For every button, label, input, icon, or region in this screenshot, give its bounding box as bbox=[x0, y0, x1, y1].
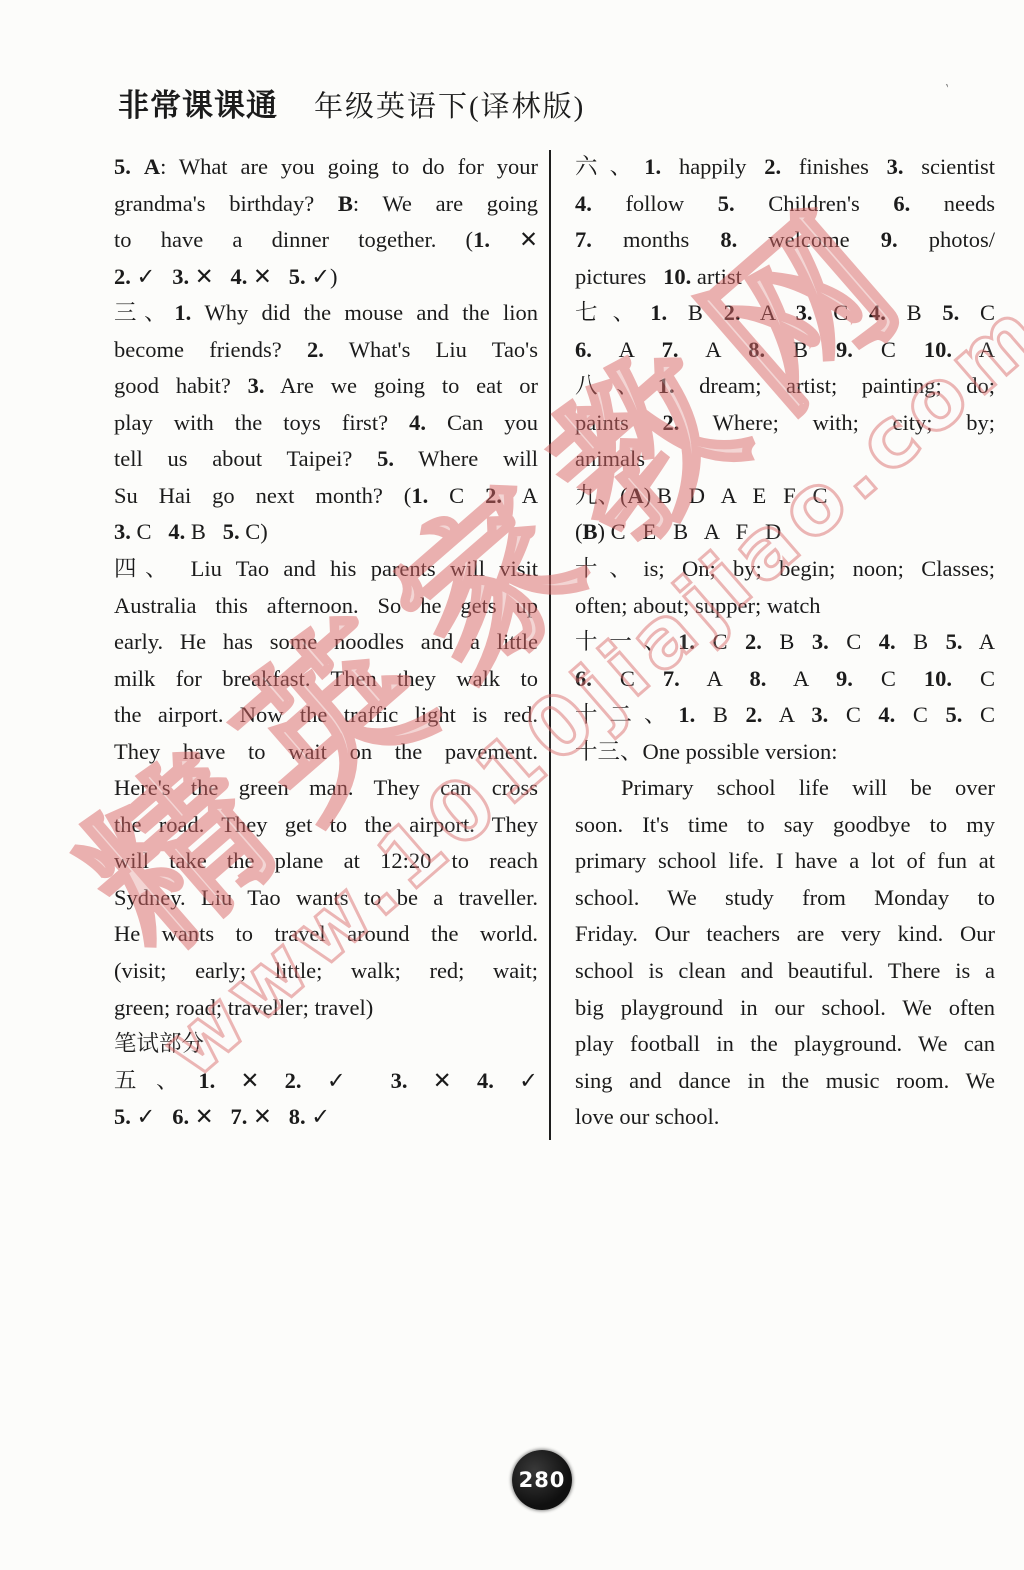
text-line: He wants to travel around the world. bbox=[114, 916, 538, 953]
text-line: 八、1. dream; artist; painting; do; bbox=[575, 368, 995, 405]
text-line: 2. ✓ 3. ✕ 4. ✕ 5. ✓) bbox=[114, 259, 538, 296]
text-line: 5. A: What are you going to do for your bbox=[114, 149, 538, 186]
text-line: animals bbox=[575, 441, 995, 478]
text-line: often; about; supper; watch bbox=[575, 588, 995, 625]
book-title: 年级英语下(译林版) bbox=[314, 84, 585, 125]
series-title: 非常课课通 bbox=[118, 80, 278, 125]
text-line: love our school. bbox=[575, 1099, 995, 1136]
scanned-book-page: 非常课课通 年级英语下(译林版) ` 5. A: What are you go… bbox=[0, 0, 1024, 1570]
text-line: 7. months 8. welcome 9. photos/ bbox=[575, 222, 995, 259]
text-line: 笔试部分 bbox=[114, 1026, 538, 1063]
text-line: 九、(A) B D A E F C bbox=[575, 478, 995, 515]
text-line: play with the toys first? 4. Can you bbox=[114, 405, 538, 442]
text-line: sing and dance in the music room. We bbox=[575, 1063, 995, 1100]
text-line: school. We study from Monday to bbox=[575, 880, 995, 917]
text-line: 三、1. Why did the mouse and the lion bbox=[114, 295, 538, 332]
page-number-badge: 280 bbox=[512, 1450, 572, 1510]
page-header: 非常课课通 年级英语下(译林版) bbox=[118, 80, 585, 125]
text-line: 4. follow 5. Children's 6. needs bbox=[575, 186, 995, 223]
text-line: Friday. Our teachers are very kind. Our bbox=[575, 916, 995, 953]
text-line: milk for breakfast. Then they walk to bbox=[114, 661, 538, 698]
text-line: 七、1. B 2. A 3. C 4. B 5. C bbox=[575, 295, 995, 332]
text-line: to have a dinner together. (1. ✕ bbox=[114, 222, 538, 259]
answer-column-left: 5. A: What are you going to do for yourg… bbox=[114, 149, 538, 1136]
text-line: primary school life. I have a lot of fun… bbox=[575, 843, 995, 880]
text-line: 6. C 7. A 8. A 9. C 10. C bbox=[575, 661, 995, 698]
text-line: school is clean and beautiful. There is … bbox=[575, 953, 995, 990]
text-line: the airport. Now the traffic light is re… bbox=[114, 697, 538, 734]
text-line: green; road; traveller; travel) bbox=[114, 990, 538, 1027]
text-line: Primary school life will be over bbox=[575, 770, 995, 807]
text-line: (visit; early; little; walk; red; wait; bbox=[114, 953, 538, 990]
text-line: 十、is; On; by; begin; noon; Classes; bbox=[575, 551, 995, 588]
text-line: become friends? 2. What's Liu Tao's bbox=[114, 332, 538, 369]
text-line: paints 2. Where; with; city; by; bbox=[575, 405, 995, 442]
text-line: 5. ✓ 6. ✕ 7. ✕ 8. ✓ bbox=[114, 1099, 538, 1136]
text-line: Here's the green man. They can cross bbox=[114, 770, 538, 807]
text-line: early. He has some noodles and a little bbox=[114, 624, 538, 661]
text-line: good habit? 3. Are we going to eat or bbox=[114, 368, 538, 405]
text-line: pictures 10. artist bbox=[575, 259, 995, 296]
text-line: tell us about Taipei? 5. Where will bbox=[114, 441, 538, 478]
text-line: will take the plane at 12:20 to reach bbox=[114, 843, 538, 880]
text-line: the road. They get to the airport. They bbox=[114, 807, 538, 844]
text-line: grandma's birthday? B: We are going bbox=[114, 186, 538, 223]
text-line: 3. C 4. B 5. C) bbox=[114, 514, 538, 551]
text-line: 十三、One possible version: bbox=[575, 734, 995, 771]
text-line: They have to wait on the pavement. bbox=[114, 734, 538, 771]
text-line: Su Hai go next month? (1. C 2. A bbox=[114, 478, 538, 515]
text-line: 五、1. ✕ 2. ✓ 3. ✕ 4. ✓ bbox=[114, 1063, 538, 1100]
text-line: Australia this afternoon. So he gets up bbox=[114, 588, 538, 625]
text-line: big playground in our school. We often bbox=[575, 990, 995, 1027]
text-line: 六、1. happily 2. finishes 3. scientist bbox=[575, 149, 995, 186]
text-line: 6. A 7. A 8. B 9. C 10. A bbox=[575, 332, 995, 369]
text-line: play football in the playground. We can bbox=[575, 1026, 995, 1063]
scan-stray-mark: ` bbox=[939, 82, 951, 101]
text-line: soon. It's time to say goodbye to my bbox=[575, 807, 995, 844]
text-line: 十一、1. C 2. B 3. C 4. B 5. A bbox=[575, 624, 995, 661]
text-line: 十二、1. B 2. A 3. C 4. C 5. C bbox=[575, 697, 995, 734]
text-line: Sydney. Liu Tao wants to be a traveller. bbox=[114, 880, 538, 917]
column-divider bbox=[549, 150, 551, 1140]
text-line: 四、 Liu Tao and his parents will visit bbox=[114, 551, 538, 588]
text-line: (B) C E B A F D bbox=[575, 514, 995, 551]
answer-column-right: 六、1. happily 2. finishes 3. scientist4. … bbox=[575, 149, 995, 1136]
